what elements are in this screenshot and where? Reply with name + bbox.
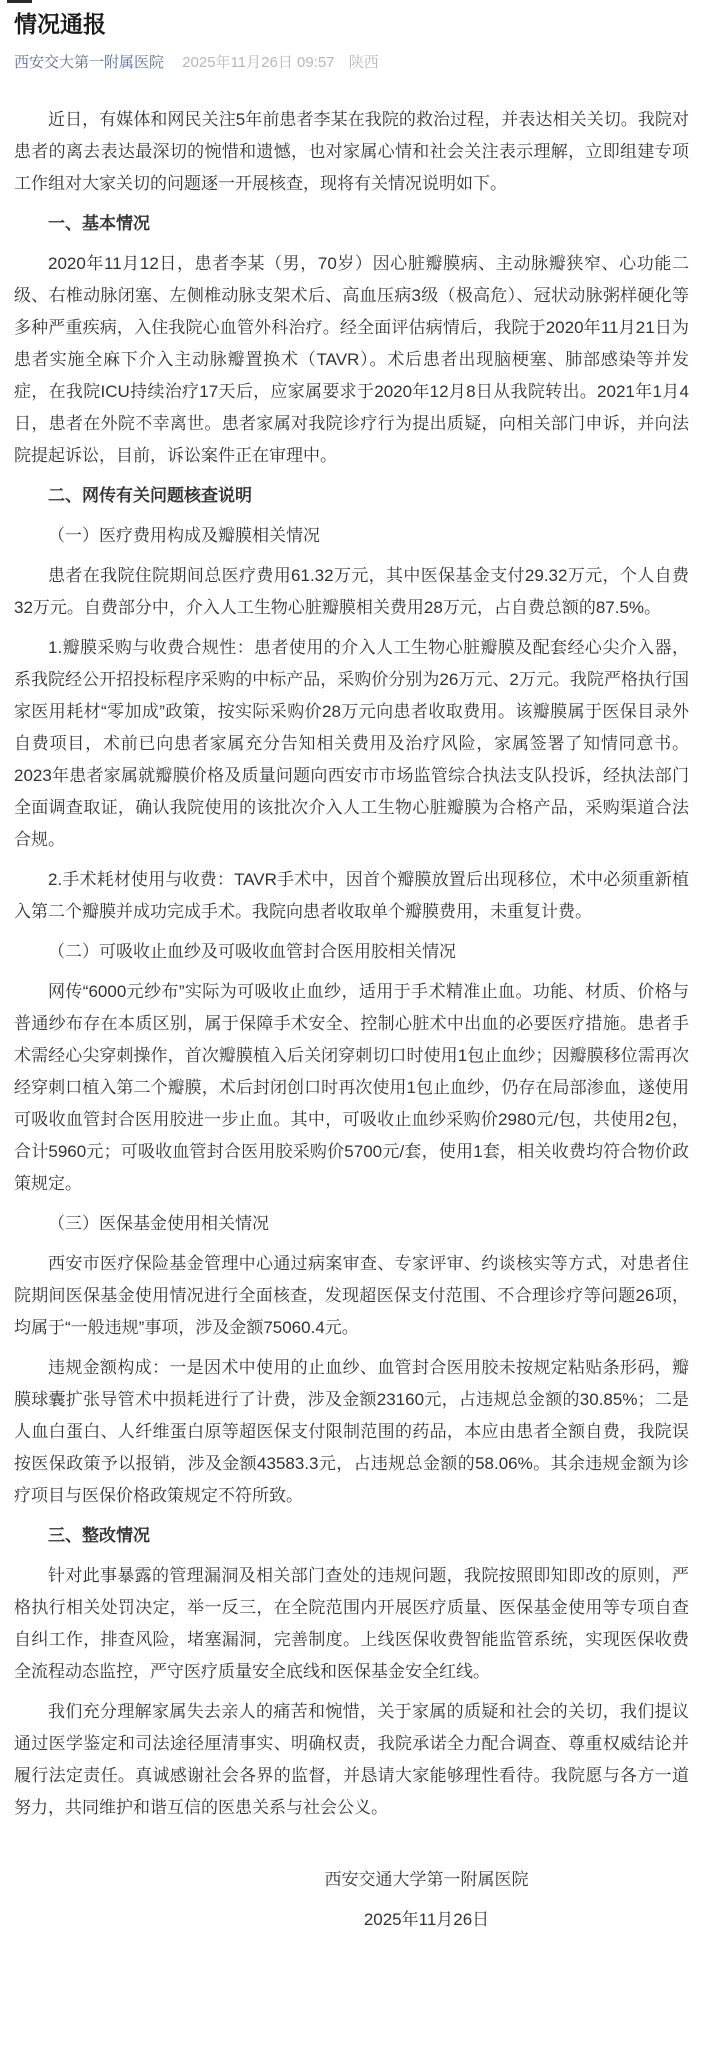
paragraph-closing: 我们充分理解家属失去亲人的痛苦和惋惜，关于家属的质疑和社会的关切，我们提议通过医… xyxy=(14,1696,689,1824)
paragraph-gauze-explanation: 网传“6000元纱布”实际为可吸收止血纱，适用于手术精准止血。功能、材质、价格与… xyxy=(14,976,689,1200)
paragraph-intro: 近日，有媒体和网民关注5年前患者李某在我院的救治过程，并表达相关关切。我院对患者… xyxy=(14,104,689,200)
sub-heading-medical-insurance: （三）医保基金使用相关情况 xyxy=(14,1208,689,1240)
sub-heading-hemostatic-gauze: （二）可吸收止血纱及可吸收血管封合医用胶相关情况 xyxy=(14,936,689,968)
signoff-hospital-name: 西安交通大学第一附属医院 xyxy=(164,1860,689,1900)
byline: 西安交大第一附属医院 2025年11月26日 09:57 陕西 xyxy=(14,52,689,74)
publish-datetime: 2025年11月26日 09:57 xyxy=(182,54,334,71)
section-heading-basic-info: 一、基本情况 xyxy=(14,208,689,240)
publish-region: 陕西 xyxy=(349,54,379,71)
signoff: 西安交通大学第一附属医院 2025年11月26日 xyxy=(164,1860,689,1940)
paragraph-insurance-review: 西安市医疗保险基金管理中心通过病案审查、专家评审、约谈核实等方式，对患者住院期间… xyxy=(14,1248,689,1344)
paragraph-basic-info: 2020年11月12日，患者李某（男，70岁）因心脏瓣膜病、主动脉瓣狭窄、心功能… xyxy=(14,248,689,472)
paragraph-valve-procurement: 1.瓣膜采购与收费合规性：患者使用的介入人工生物心脏瓣膜及配套经心尖介入器，系我… xyxy=(14,632,689,856)
signoff-date: 2025年11月26日 xyxy=(164,1900,689,1940)
paragraph-rectification: 针对此事暴露的管理漏洞及相关部门查处的违规问题，我院按照即知即改的原则，严格执行… xyxy=(14,1560,689,1688)
paragraph-fee-breakdown: 患者在我院住院期间总医疗费用61.32万元，其中医保基金支付29.32万元，个人… xyxy=(14,560,689,624)
article-body: 近日，有媒体和网民关注5年前患者李某在我院的救治过程，并表达相关关切。我院对患者… xyxy=(14,104,689,1824)
clipped-header-remnant xyxy=(7,0,32,3)
page-title: 情况通报 xyxy=(14,8,689,40)
section-heading-rectification: 三、整改情况 xyxy=(14,1520,689,1552)
section-heading-verification: 二、网传有关问题核查说明 xyxy=(14,480,689,512)
article-page: 情况通报 西安交大第一附属医院 2025年11月26日 09:57 陕西 近日，… xyxy=(0,0,703,2064)
sub-heading-medical-fees: （一）医疗费用构成及瓣膜相关情况 xyxy=(14,520,689,552)
paragraph-violation-amounts: 违规金额构成：一是因术中使用的止血纱、血管封合医用胶未按规定粘贴条形码，瓣膜球囊… xyxy=(14,1352,689,1512)
account-name-link[interactable]: 西安交大第一附属医院 xyxy=(14,54,164,71)
paragraph-surgical-consumables: 2.手术耗材使用与收费：TAVR手术中，因首个瓣膜放置后出现移位，术中必须重新植… xyxy=(14,864,689,928)
